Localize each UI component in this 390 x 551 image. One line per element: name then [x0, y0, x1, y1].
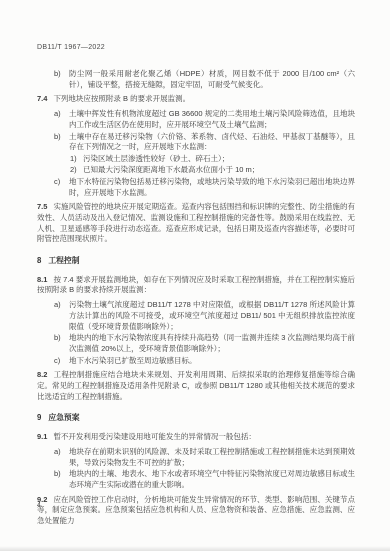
item-label: 8.1 — [37, 275, 47, 284]
item-text: 土壤中存在易迁移污染物（六价铬、苯系物、卤代烃、石油烃、甲基叔丁基醚等），且存在… — [69, 132, 355, 153]
item-label: 9 — [37, 413, 41, 422]
section-heading: 9应急预案 — [37, 413, 355, 424]
item-label: 9.1 — [37, 432, 47, 441]
list-item: c)地下水污染羽已扩散至周边敏感目标。 — [37, 356, 355, 367]
item-text: 污染区域土层渗透性较好（砂土、碎石土）； — [83, 154, 355, 165]
item-text: 土壤中挥发性有机物浓度超过 GB 36600 规定的二类用地土壤污染风险筛选值，… — [69, 109, 355, 130]
item-label: 7.4 — [37, 94, 47, 103]
item-label: b) — [54, 132, 69, 153]
item-label: b) — [54, 333, 69, 354]
list-item: b)土壤中存在易迁移污染物（六价铬、苯系物、卤代烃、石油烃、甲基叔丁基醚等），且… — [37, 132, 355, 153]
sub-list-item: 2)已知最大污染深度距离地下水最高水位面小于 10 m； — [37, 165, 355, 176]
section-heading: 8工程控制 — [37, 256, 355, 267]
clause-paragraph: 8.1按 7.4 要求开展监测地块，如存在下列情况应及时采取工程控制措施，并在工… — [37, 275, 355, 296]
item-text: 地块内的地下水污染物浓度具有持续升高趋势（同一监测井连续 3 次监测结果均高于前… — [69, 333, 355, 354]
item-label: c) — [54, 177, 69, 198]
item-label: 7.5 — [37, 202, 47, 211]
item-text: 地下水污染羽已扩散至周边敏感目标。 — [69, 356, 355, 367]
item-text: 工程控制措施应结合地块未来规划、开发利用周期、后续拟采取的治理修复措施等综合确定… — [37, 370, 355, 400]
item-label: b) — [54, 69, 69, 90]
item-text: 实施风险管控的地块应开展定期巡查。巡查内容包括围挡和标识牌的完整性、防尘措施的有… — [37, 202, 355, 243]
list-item: a)地块存在前期未识别的风险源、未及时采取工程控制措施或工程控制措施未达到预期效… — [37, 447, 355, 468]
item-text: 应急预案 — [48, 413, 79, 422]
list-item: c)地下水特征污染物包括易迁移污染物，或地块污染导致的地下水污染羽已超出地块边界… — [37, 177, 355, 198]
item-text: 防尘网一般采用耐老化聚乙烯（HDPE）材质，网目数不低于 2000 目/100 … — [69, 69, 355, 90]
list-item: a)污染物土壤气浓度超过 DB11/T 1278 中对应限值，或根据 DB11/… — [37, 300, 355, 332]
item-text: 污染物土壤气浓度超过 DB11/T 1278 中对应限值，或根据 DB11/T … — [69, 300, 355, 332]
item-text: 地下水特征污染物包括易迁移污染物，或地块污染导致的地下水污染羽已超出地块边界时，… — [69, 177, 355, 198]
item-label: a) — [54, 300, 69, 332]
clause-paragraph: 7.5实施风险管控的地块应开展定期巡查。巡查内容包括围挡和标识牌的完整性、防尘措… — [37, 202, 355, 245]
document-page: DB11/T 1967—2022 b)防尘网一般采用耐老化聚乙烯（HDPE）材质… — [0, 0, 390, 551]
item-text: 暂不开发利用受污染建设用地可能发生的异常情况一般包括： — [53, 432, 256, 441]
item-label: b) — [54, 469, 69, 490]
sub-list-item: 1)污染区域土层渗透性较好（砂土、碎石土）； — [37, 154, 355, 165]
page-number: 4 — [37, 502, 41, 509]
list-item: a)土壤中挥发性有机物浓度超过 GB 36600 规定的二类用地土壤污染风险筛选… — [37, 109, 355, 130]
item-label: 2) — [70, 165, 83, 176]
clause-paragraph: 8.2工程控制措施应结合地块未来规划、开发利用周期、后续拟采取的治理修复措施等综… — [37, 370, 355, 402]
scan-bottom-edge — [0, 546, 390, 551]
item-label: a) — [54, 447, 69, 468]
list-item: b)地块内的地下水污染物浓度具有持续升高趋势（同一监测井连续 3 次监测结果均高… — [37, 333, 355, 354]
clause-paragraph: 9.2应在风险管控工作启动时，分析地块可能发生异常情况的环节、类型、影响范围、关… — [37, 495, 355, 527]
document-header: DB11/T 1967—2022 — [37, 44, 105, 51]
item-label: c) — [54, 356, 69, 367]
item-text: 下列地块应按照附录 B 的要求开展监测。 — [53, 94, 190, 103]
item-text: 地块内的土壤、地表水、地下水或者环境空气中特征污染物浓度已对周边敏感目标或生态环… — [69, 469, 355, 490]
item-label: 1) — [70, 154, 83, 165]
item-text: 按 7.4 要求开展监测地块，如存在下列情况应及时采取工程控制措施，并在工程控制… — [37, 275, 355, 295]
item-label: 8 — [37, 256, 41, 265]
item-label: a) — [54, 109, 69, 130]
document-body: b)防尘网一般采用耐老化聚乙烯（HDPE）材质，网目数不低于 2000 目/10… — [37, 68, 355, 531]
item-text: 工程控制 — [48, 256, 79, 265]
item-text: 已知最大污染深度距离地下水最高水位面小于 10 m； — [83, 165, 355, 176]
clause-paragraph: 9.1暂不开发利用受污染建设用地可能发生的异常情况一般包括： — [37, 432, 355, 443]
list-item: b)地块内的土壤、地表水、地下水或者环境空气中特征污染物浓度已对周边敏感目标或生… — [37, 469, 355, 490]
item-label: 8.2 — [37, 370, 47, 379]
list-item: b)防尘网一般采用耐老化聚乙烯（HDPE）材质，网目数不低于 2000 目/10… — [37, 69, 355, 90]
item-text: 应在风险管控工作启动时，分析地块可能发生异常情况的环节、类型、影响范围、关键节点… — [37, 495, 355, 525]
clause-paragraph: 7.4下列地块应按照附录 B 的要求开展监测。 — [37, 94, 355, 105]
item-text: 地块存在前期未识别的风险源、未及时采取工程控制措施或工程控制措施未达到预期效果，… — [69, 447, 355, 468]
